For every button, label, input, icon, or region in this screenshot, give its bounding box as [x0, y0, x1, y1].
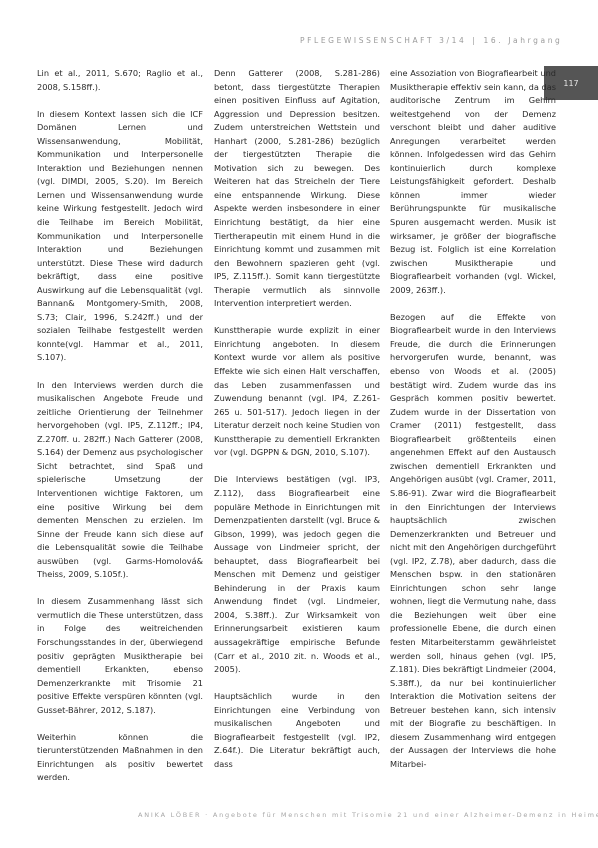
- paragraph: In den Interviews werden durch die musik…: [37, 379, 203, 582]
- paragraph: In diesem Kontext lassen sich die ICF Do…: [37, 108, 203, 365]
- paragraph: Hauptsächlich wurde in den Einrichtungen…: [214, 690, 380, 771]
- paragraph: Kunsttherapie wurde explizit in einer Ei…: [214, 324, 380, 459]
- text-column-2: Denn Gatterer (2008, S.281-286) betont, …: [214, 67, 380, 785]
- page-number: 117: [563, 79, 578, 88]
- journal-volume: 16. Jahrgang: [484, 36, 563, 45]
- running-footer: ANIKA LÖBER · Angebote für Menschen mit …: [138, 811, 578, 819]
- paragraph: In diesem Zusammenhang lässt sich vermut…: [37, 595, 203, 717]
- paragraph: eine Assoziation von Biografiearbeit und…: [390, 67, 556, 297]
- paragraph: Denn Gatterer (2008, S.281-286) betont, …: [214, 67, 380, 311]
- paragraph: Lin et al., 2011, S.670; Raglio et al., …: [37, 67, 203, 94]
- paragraph: Bezogen auf die Effekte von Biografiearb…: [390, 311, 556, 772]
- header-separator: |: [472, 36, 477, 45]
- footer-text: ANIKA LÖBER · Angebote für Menschen mit …: [138, 811, 598, 819]
- running-header: PFLEGEWISSENSCHAFT 3/14|16. Jahrgang: [300, 36, 560, 50]
- paragraph: Die Interviews bestätigen (vgl. IP3, Z.1…: [214, 473, 380, 676]
- paragraph: Weiterhin können die tierunterstützenden…: [37, 731, 203, 785]
- journal-title: PFLEGEWISSENSCHAFT 3/14: [300, 36, 466, 45]
- text-column-3: eine Assoziation von Biografiearbeit und…: [390, 67, 556, 785]
- text-column-1: Lin et al., 2011, S.670; Raglio et al., …: [37, 67, 203, 799]
